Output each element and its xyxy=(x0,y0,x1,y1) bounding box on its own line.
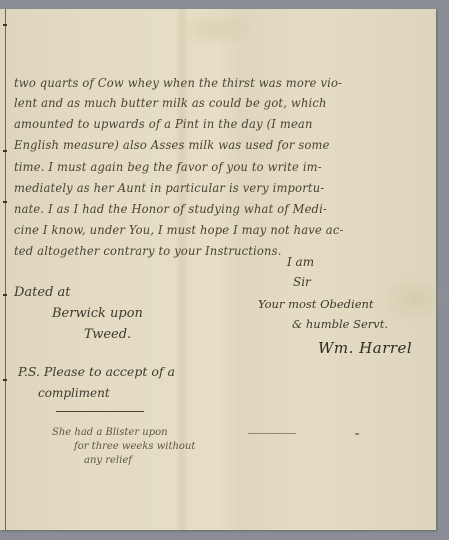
body-line: two quarts of Cow whey when the thirst w… xyxy=(14,75,342,90)
postscript-underline xyxy=(56,411,144,412)
body-line: English measure) also Asses milk was use… xyxy=(14,137,330,152)
pencil-note-line-3: any relief xyxy=(84,455,132,466)
dated-line-1: Dated at xyxy=(14,285,71,300)
margin-tick xyxy=(3,294,7,296)
pencil-note-line-2: for three weeks without xyxy=(74,441,195,452)
body-line: amounted to upwards of a Pint in the day… xyxy=(14,116,313,131)
dated-line-2: Berwick upon xyxy=(52,306,143,321)
stain xyxy=(380,274,449,324)
ink-mark xyxy=(355,433,359,435)
margin-tick xyxy=(3,24,7,26)
body-line: lent and as much butter milk as could be… xyxy=(14,95,327,110)
closing-obedient: Your most Obedient xyxy=(258,297,374,311)
margin-rule xyxy=(5,9,6,530)
closing-i-am: I am xyxy=(287,255,314,269)
signature: Wm. Harrel xyxy=(318,339,412,357)
postscript-line-2: compliment xyxy=(38,386,110,400)
ink-mark xyxy=(248,433,296,434)
stain xyxy=(175,9,255,49)
postscript-line-1: P.S. Please to accept of a xyxy=(18,364,175,379)
body-line: ted altogether contrary to your Instruct… xyxy=(14,243,282,258)
body-line: cine I know, under You, I must hope I ma… xyxy=(14,222,344,237)
margin-tick xyxy=(3,201,7,203)
body-line: mediately as her Aunt in particular is v… xyxy=(14,180,324,195)
letter-page: two quarts of Cow whey when the thirst w… xyxy=(0,9,436,530)
dated-line-3: Tweed. xyxy=(84,327,131,342)
pencil-note-line-1: She had a Blister upon xyxy=(52,427,168,438)
margin-tick xyxy=(3,379,7,381)
closing-sir: Sir xyxy=(293,275,311,289)
margin-tick xyxy=(3,150,7,152)
body-line: time. I must again beg the favor of you … xyxy=(14,159,322,174)
closing-humble-servant: & humble Servt. xyxy=(292,317,388,331)
body-line: nate. I as I had the Honor of studying w… xyxy=(14,201,327,216)
